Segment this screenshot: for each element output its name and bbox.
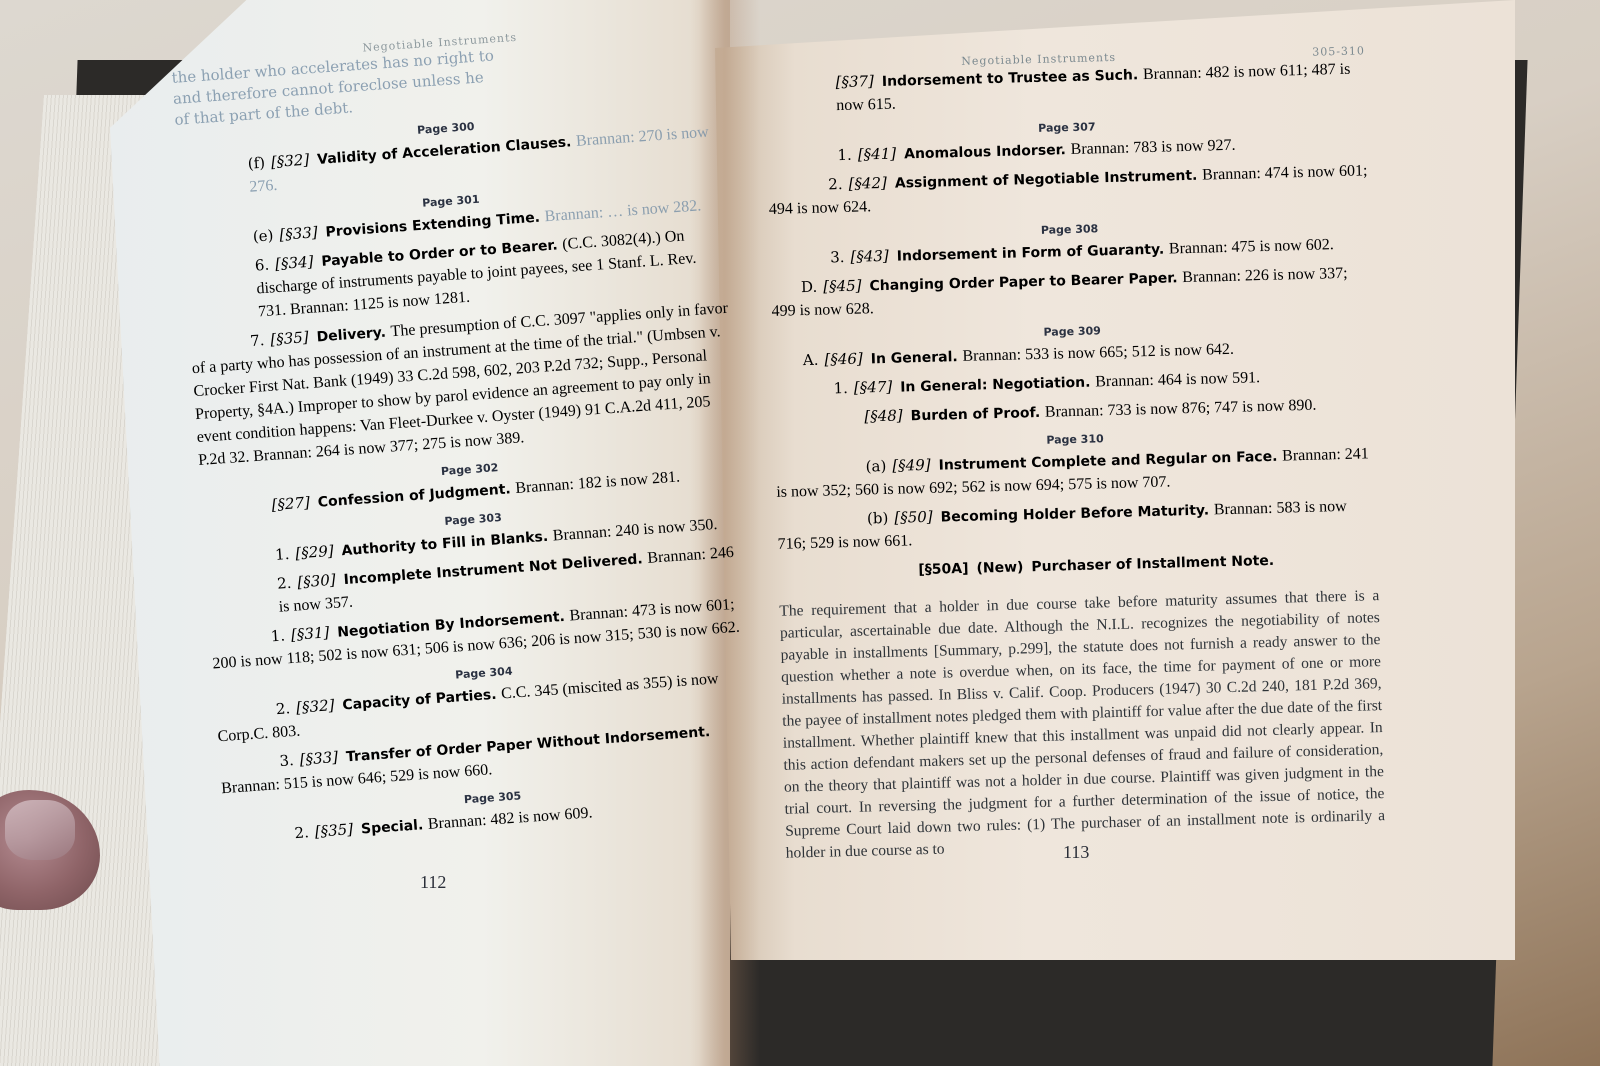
entry-body: Brannan: 475 is now 602. <box>1169 236 1334 257</box>
entry-body: Brannan: … is now 282. <box>544 197 702 225</box>
section-ref: [§34] <box>275 253 314 274</box>
section-ref: [§35] <box>270 328 309 349</box>
entry-body: Brannan: 783 is now 927. <box>1070 137 1235 158</box>
entry-title: In General: Negotiation. <box>900 375 1091 396</box>
entry-number: D. <box>801 278 818 296</box>
entry-body: Brannan: 733 is now 876; 747 is now 890. <box>1045 397 1317 421</box>
entry-body: The presumption of C.C. 3097 "applies on… <box>191 300 728 469</box>
entry-title: Becoming Holder Before Maturity. <box>940 503 1209 526</box>
entry-number: 2. <box>294 823 310 842</box>
section-ref: [§49] <box>892 456 931 475</box>
entry-title: Authority to Fill in Blanks. <box>341 529 549 559</box>
entry-number: 3. <box>279 751 295 770</box>
section-ref: [§41] <box>858 145 897 164</box>
left-page-text: Negotiable Instruments the holder who ac… <box>170 17 765 856</box>
entry-number: 7. <box>250 331 266 350</box>
section-ref: [§31] <box>290 623 329 644</box>
section-ref: [§29] <box>295 542 334 563</box>
entry-number: A. <box>803 351 819 369</box>
entry-number: 6. <box>254 256 270 275</box>
entry-title: Delivery. <box>316 325 386 346</box>
entry-number: (b) <box>867 509 889 528</box>
section-ref: [§48] <box>864 407 903 426</box>
entry-number: 2. <box>828 175 843 193</box>
thumbnail <box>5 800 75 860</box>
entry-body: Brannan: 182 is now 281. <box>515 468 681 496</box>
section-ref: [§42] <box>848 174 887 193</box>
body-paragraph: The requirement that a holder in due cou… <box>779 585 1386 865</box>
entry-title: Assignment of Negotiable Instrument. <box>895 168 1198 192</box>
entry-title: Changing Order Paper to Bearer Paper. <box>869 270 1177 294</box>
entry-title: Confession of Judgment. <box>317 481 511 510</box>
entry-number: 1. <box>837 146 852 164</box>
entry-number: 1. <box>833 379 848 397</box>
entry-body: Brannan: 533 is now 665; 512 is now 642. <box>962 341 1234 365</box>
section-ref: [§47] <box>854 378 893 397</box>
entry-body: Brannan: 515 is now 646; 529 is now 660. <box>221 761 493 797</box>
entry-title: Indorsement to Trustee as Such. <box>882 67 1139 90</box>
entry-number: 1. <box>274 545 290 564</box>
section-ref: [§37] <box>835 72 874 91</box>
section-ref: [§46] <box>824 350 863 369</box>
section-ref: [§33] <box>299 748 338 769</box>
section-ref: [§32] <box>296 696 335 717</box>
page-number: 112 <box>420 872 446 893</box>
section-ref: [§35] <box>314 820 353 841</box>
entry-title: Burden of Proof. <box>910 405 1040 424</box>
section-ref: [§32] <box>270 151 309 172</box>
entry-number: 3. <box>830 248 845 266</box>
entry-number: (a) <box>865 457 886 476</box>
section-ref: [§45] <box>823 277 862 296</box>
section-ref: [§43] <box>850 247 889 266</box>
entry-title: Capacity of Parties. <box>342 687 497 714</box>
entry-number: 2. <box>275 699 291 718</box>
entry-body: Brannan: 464 is now 591. <box>1095 369 1260 390</box>
section-ref: [§50] <box>894 508 933 527</box>
section-ref: [§50A] <box>918 561 969 578</box>
entry-number: (e) <box>252 226 274 245</box>
page-number: 113 <box>1063 842 1089 863</box>
entry-title: Anomalous Indorser. <box>904 142 1066 162</box>
entry-body: Brannan: 482 is now 609. <box>427 804 593 832</box>
section-range: 305-310 <box>1312 44 1365 58</box>
section-ref: [§33] <box>279 223 318 244</box>
entry-title: Special. <box>361 817 424 837</box>
entry-body: Brannan: 240 is now 350. <box>552 516 718 544</box>
section-ref: [§27] <box>271 493 310 514</box>
entry-number: (f) <box>247 154 265 173</box>
entry-number: 1. <box>270 626 286 645</box>
entry-title: Indorsement in Form of Guaranty. <box>897 242 1165 265</box>
entry-title: Purchaser of Installment Note. <box>1031 553 1274 575</box>
entry: 7.[§35]Delivery. The presumption of C.C.… <box>190 297 738 472</box>
entry-number: 2. <box>277 574 293 593</box>
section-ref: [§30] <box>297 571 336 592</box>
entry-title: Instrument Complete and Regular on Face. <box>938 449 1277 474</box>
right-page-text: Negotiable Instruments 305-310 [§37]Indo… <box>765 44 1386 879</box>
entry-title: In General. <box>871 349 958 367</box>
new-tag: (New) <box>976 559 1023 576</box>
